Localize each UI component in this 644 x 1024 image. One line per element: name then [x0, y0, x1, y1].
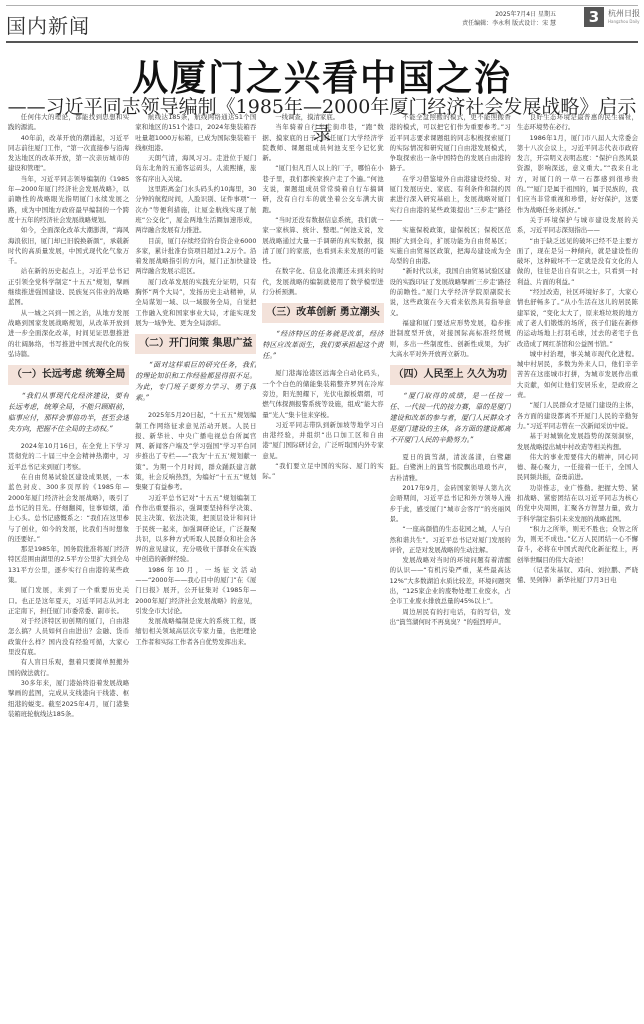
paragraph: “厦门但凡百人以上的厂子，哪怕在小巷子里，我们都挨家挨户走了个遍。”何池支说，课… [262, 163, 383, 214]
paragraph: 发展战略对当时的环境问题有着清醒的认识——“有机污染严重，某些最高达12%”大多… [390, 555, 511, 606]
issue-meta: 2025年7月4日 星期五 责任编辑：李永利 版式设计：宋 慧 [462, 10, 556, 28]
paragraph: 城中村治理，事关城市现代化进程。城中村居民，多数为外来人口，他们辛辛苦苦在这座城… [517, 349, 638, 400]
paragraph: 不能全盘照搬的模式，更不能照搬香港的模式，可以把它们作为重要参考。”习近平同志要… [390, 112, 511, 174]
paragraph: 2017年9月，金砖国家领导人第九次会晤期间，习近平总书记和外方领导人漫步于此，… [390, 483, 511, 524]
paragraph: 习近平总书记对“十五五”规划编制工作作出重要指示，强调要坚持科学决策、民主决策、… [135, 493, 256, 565]
paragraph: 良好生态环境是最普惠的民生福祉，生态环境势在必行。 [517, 112, 638, 133]
masthead-logo: 杭州日报 Hangzhou Daily [608, 8, 640, 24]
paragraph: 30多年来，厦门港始终沿着发展战略擘画的蓝图，完成从支线港向干线港、枢纽港的蜕变… [8, 678, 129, 719]
paragraph: 对于经济特区初创期的厦门，自由港怎么搞？人员如何自由进出？金融、货币政策什么样？… [8, 616, 129, 657]
paragraph: 习近平同志带队到新加坡等地学习自由港经验，并组织“出口加工区和自由港”厦门国际研… [262, 420, 383, 461]
column-1: 任何伟大的理论，都能找到思想和实践的源流。 40年前，改革开放的潮涌起，习近平同… [8, 112, 129, 1020]
section-heading-1: （一）长远考虑 统筹全局 [8, 365, 129, 385]
paragraph: “经过改造，社区环境好多了，大家心情也舒畅多了。”从小生活在这儿的居民陈建军说，… [517, 287, 638, 349]
column-5: 良好生态环境是最普惠的民生福祉，生态环境势在必行。 1986年1月，厦门市八届人… [517, 112, 638, 1020]
section-quote-1: “我们从事现代化经济建设，要有长远考虑，统筹全局，不能只顾眼前，临事应付，那样会… [8, 391, 129, 435]
paragraph: 从一城之兴到一国之治，从地方发展战略到国家发展战略规划，从改革开放到进一步全面深… [8, 308, 129, 359]
section-heading-3: （三）改革创新 勇立潮头 [262, 303, 383, 323]
column-4: 不能全盘照搬的模式，更不能照搬香港的模式，可以把它们作为重要参考。”习近平同志要… [390, 112, 511, 1020]
section-name: 国内新闻 [6, 10, 90, 39]
paragraph: 任何伟大的理论，都能找到思想和实践的源流。 [8, 112, 129, 133]
section-heading-2: （二）开门问策 集思广益 [135, 334, 256, 354]
paragraph: 这里距离金门水头码头约10海里，30分钟的航程时间，人脸识别、证件事项“一次办”… [135, 184, 256, 235]
paragraph: 航线达185条，航线网络通达51个国家和地区的151个港口，2024年集装箱吞吐… [135, 112, 256, 153]
issue-date: 2025年7月4日 星期五 [462, 10, 556, 19]
paragraph: 基于对城镇化发展趋势的深刻洞察，发展战略提出城中村改造等相关构想。 [517, 431, 638, 452]
paragraph: 40年前，改革开放的潮涌起，习近平同志前往厦门工作，“第一次直接参与沿海发达地区… [8, 133, 129, 174]
paragraph: 一线调查，摸清家底。 [262, 112, 383, 122]
paragraph: 有人盲目乐观，想着只要简单照搬外国的做法就行。 [8, 657, 129, 678]
byline: （记者朱基钗、邓向、刘拉鹏、严晓懂、吴剑锋） 新华社厦门7月3日电 [517, 565, 638, 586]
page-header: 国内新闻 2025年7月4日 星期五 责任编辑：李永利 版式设计：宋 慧 3 杭… [0, 0, 644, 40]
section-quote-4: “厦门取得的成绩，是一任接一任、一代接一代的接力赛，靠的是厦门建设和改革的参与者… [390, 391, 511, 446]
paragraph: 当年，习近平同志领导编制的《1985年—2000年厦门经济社会发展战略》，以前瞻… [8, 174, 129, 225]
paragraph: “由于缺乏远见的破坏已经不是主要方面了，现在是另一种倾向，就是建设性的破坏，这种… [517, 236, 638, 287]
paragraph: “一座高颜值的生态花园之城，人与自然和谐共生”。习近平总书记对厦门发展的评价，正… [390, 524, 511, 555]
paragraph: 1986年10月，一场征文活动——“2000年——我心目中的厦门”在《厦门日报》… [135, 565, 256, 616]
section-quote-3: “经济特区的任务就是改革，经济特区应改革而生，我们要承担起这个责任。” [262, 329, 383, 362]
paragraph: “厦门人民群众才是厦门建设的主体，各方面的建设都离不开厦门人民的辛勤努力。”习近… [517, 400, 638, 431]
paragraph: “当时还没有数据信息系统，我们就一家一家核算、统计、整理。”何池支说，发展战略通… [262, 215, 383, 266]
top-rule [6, 5, 638, 6]
dateline: 新华社厦门7月3日电 [557, 576, 616, 584]
page-number: 3 [584, 7, 604, 27]
paragraph: 2025年5月20日起，“十五五”规划编制工作网络征求意见活动开展。人民日报、新… [135, 410, 256, 492]
column-2: 航线达185条，航线网络通达51个国家和地区的151个港口，2024年集装箱吞吐… [135, 112, 256, 1020]
paragraph: 发展战略编制是庞大的系统工程，既缩衍相关领域高层次专家力量，也把理论工作者和实际… [135, 616, 256, 647]
masthead-title: 杭州日报 [608, 9, 640, 18]
paragraph: “新时代以来，我国自由贸易试验区建设的实践印证了发展战略擘画‘三步走’路径的前瞻… [390, 266, 511, 317]
paragraph: 厦门港海沧港区远海全自动化码头，一个个白色的储能集装箱整齐罗列在冷库旁边，阳光照… [262, 368, 383, 419]
paragraph: 在学习借鉴境外自由港建设经验、对厦门发展历史、家底、有利条件和制约因素进行深入研… [390, 174, 511, 225]
section-heading-4: （四）人民至上 久久为功 [390, 365, 511, 385]
paragraph: 厦门发展，来到了一个重要历史关口。也正是这年夏天，习近平同志从河北正定南下，担任… [8, 585, 129, 616]
section-quote-2: “面对这样艰巨的研究任务，我们的理论知识和工作经验都显得很不足。为此，专门班子要… [135, 360, 256, 404]
paragraph: 在数字化、信息化浪潮还未到来的时代，发展战略的编制就使用了数学模型进行分析预测。 [262, 266, 383, 297]
paragraph: 实施保税政策，建保税区；保税区范围扩大到全岛，扩展功能为自由贸易区；实施自由贸易… [390, 225, 511, 266]
paragraph: “积力之所举，则无不胜也；众智之所为，则无不成也。”亿万人民团结一心不懈奋斗，必… [517, 524, 638, 565]
paragraph: “我们要立足中国的实际、厦门的实际。” [262, 461, 383, 482]
masthead-subtitle: Hangzhou Daily [608, 19, 640, 24]
paragraph: 天朗气清，海风习习。走进位于厦门岛东北角的五通客运码头，人流熙攘，旅客有序出入关… [135, 153, 256, 184]
paragraph: 夏日的篔筜湖，清波荡漾，白鹭翩跹。白鹭洲上的篔筜书院飘出琅琅书声，古朴清雅。 [390, 452, 511, 483]
paragraph: 周边居民有的打电话，有的写信，发出“篔筜湖何时不再臭臭？”的强烈呼声。 [390, 607, 511, 628]
paragraph: 当年骑着自行车走街串巷，“跑”数据、摸家底的日子，时任厦门大学经济学院教师、课题… [262, 122, 383, 163]
article-body: 任何伟大的理论，都能找到思想和实践的源流。 40年前，改革开放的潮涌起，习近平同… [8, 112, 638, 1020]
paragraph: 如今，全面深化改革大潮澎湃，“海风海浪依旧，厦门却已旧貌换新颜”，承载新时代的高… [8, 225, 129, 266]
paragraph: 伟大的事业需要伟大的精神，同心同德、凝心聚力，一任接着一任干，全国人民同频共振，… [517, 452, 638, 483]
paragraph: 功崇惟志，业广惟勤。把握大势、紧扣战略、紧密团结在以习近平同志为核心的党中央周围… [517, 483, 638, 524]
paragraph: 2024年10月16日，在全党上下学习贯彻党的二十届三中全会精神热潮中，习近平总… [8, 441, 129, 472]
paragraph: 那是1985年，国务院批准将厦门经济特区范围由湖里的2.5平方公里扩大到全岛13… [8, 544, 129, 585]
paragraph: 关于环境保护与城市建设发展的关系，习近平同志深刻指出—— [517, 215, 638, 236]
paragraph: 1986年1月，厦门市八届人大常委会第十八次会议上，习近平同志代表市政府发言，开… [517, 133, 638, 215]
paragraph: 站在新的历史起点上，习近平总书记正引领全党科学制定“十五五”规划，擘画继续推进强… [8, 266, 129, 307]
column-3: 一线调查，摸清家底。 当年骑着自行车走街串巷，“跑”数据、摸家底的日子，时任厦门… [262, 112, 383, 1020]
paragraph: 厦门改革发展的实践充分证明，只有胸怀“两个大局”，发扬历史主动精神，从全局谋划一… [135, 277, 256, 328]
header-divider [6, 41, 638, 43]
paragraph: 在自由贸易试验区建设成果展，一本蓝色封皮、300多页厚的《1985年—2000年… [8, 472, 129, 544]
editors-credit: 责任编辑：李永利 版式设计：宋 慧 [462, 19, 556, 28]
paragraph: 目前，厦门存续经营的台资企业6000多家，累计批准台资项目超过1.2万个。沿着发… [135, 236, 256, 277]
paragraph: 福建和厦门要适应形势发展，稳步推进制度型开放，对接国际高标准经贸规则，多出一些制… [390, 318, 511, 359]
